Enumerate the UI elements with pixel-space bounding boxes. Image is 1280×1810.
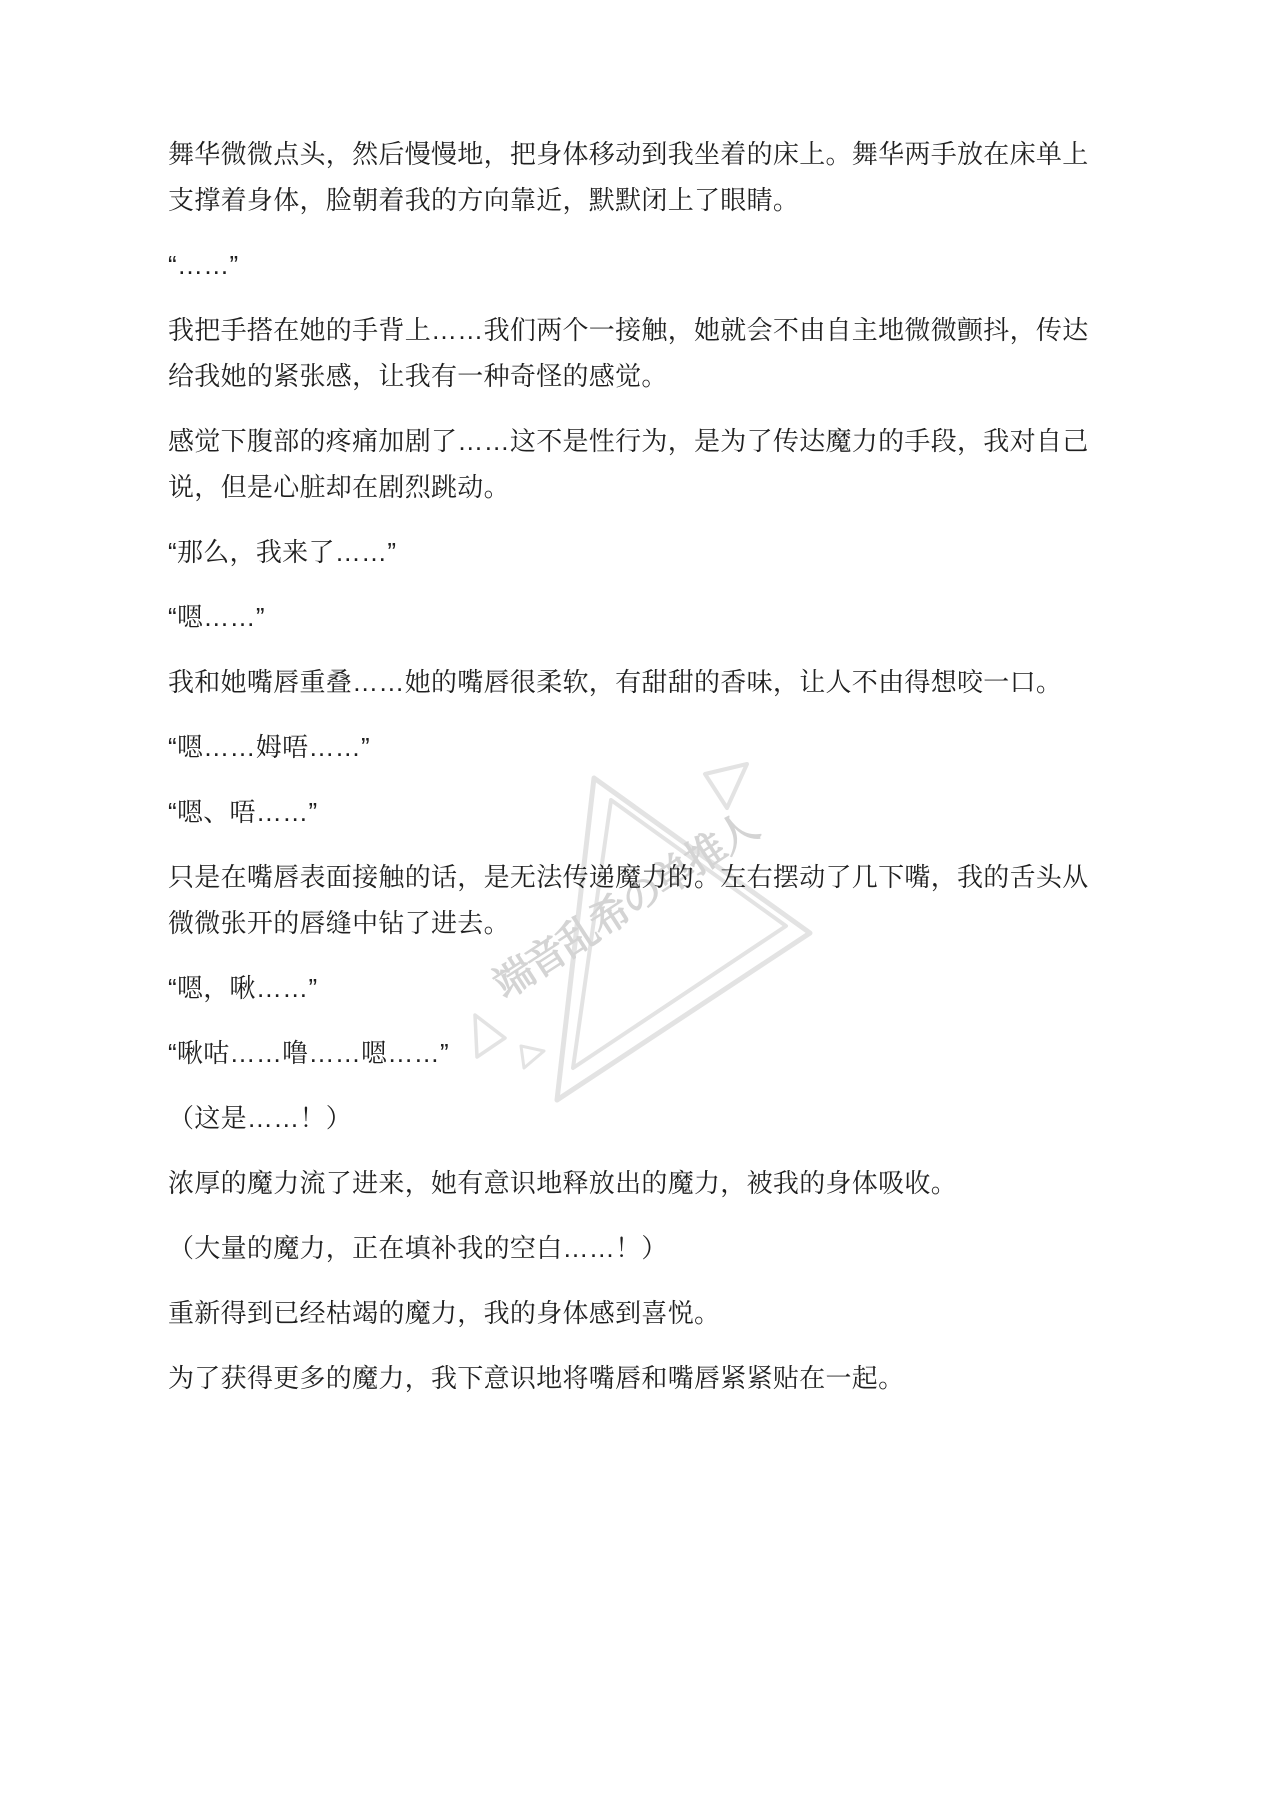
text-line: 微微张开的唇缝中钻了进去。 (168, 900, 1103, 946)
text-line: （大量的魔力，正在填补我的空白……！） (168, 1225, 1103, 1271)
text-line: “啾咕……噜……嗯……” (168, 1030, 1103, 1076)
paragraph-dialogue: “啾咕……噜……嗯……” (168, 1030, 1103, 1076)
paragraph-narration: 浓厚的魔力流了进来，她有意识地释放出的魔力，被我的身体吸收。 (168, 1160, 1103, 1206)
paragraph-narration: 舞华微微点头，然后慢慢地，把身体移动到我坐着的床上。舞华两手放在床单上支撑着身体… (168, 131, 1103, 223)
novel-text-page: 端音乱希の单推人 舞华微微点头，然后慢慢地，把身体移动到我坐着的床上。舞华两手放… (0, 0, 1280, 1810)
text-line: 我把手搭在她的手背上……我们两个一接触，她就会不由自主地微微颤抖，传达 (168, 307, 1103, 353)
paragraph-dialogue: “嗯……” (168, 594, 1103, 640)
paragraph-dialogue: “那么，我来了……” (168, 529, 1103, 575)
text-line: 感觉下腹部的疼痛加剧了……这不是性行为，是为了传达魔力的手段，我对自己 (168, 418, 1103, 464)
paragraph-dialogue: “嗯，啾……” (168, 965, 1103, 1011)
text-line: “嗯，啾……” (168, 965, 1103, 1011)
text-line: 我和她嘴唇重叠……她的嘴唇很柔软，有甜甜的香味，让人不由得想咬一口。 (168, 659, 1103, 705)
document-body: 舞华微微点头，然后慢慢地，把身体移动到我坐着的床上。舞华两手放在床单上支撑着身体… (168, 131, 1103, 1420)
text-line: 重新得到已经枯竭的魔力，我的身体感到喜悦。 (168, 1290, 1103, 1336)
text-line: （这是……！） (168, 1095, 1103, 1141)
paragraph-narration: 为了获得更多的魔力，我下意识地将嘴唇和嘴唇紧紧贴在一起。 (168, 1355, 1103, 1401)
paragraph-narration: 重新得到已经枯竭的魔力，我的身体感到喜悦。 (168, 1290, 1103, 1336)
text-line: 浓厚的魔力流了进来，她有意识地释放出的魔力，被我的身体吸收。 (168, 1160, 1103, 1206)
text-line: “嗯……姆唔……” (168, 724, 1103, 770)
text-line: 给我她的紧张感，让我有一种奇怪的感觉。 (168, 353, 1103, 399)
paragraph-narration: 感觉下腹部的疼痛加剧了……这不是性行为，是为了传达魔力的手段，我对自己说，但是心… (168, 418, 1103, 510)
paragraph-thought: （大量的魔力，正在填补我的空白……！） (168, 1225, 1103, 1271)
text-line: 说，但是心脏却在剧烈跳动。 (168, 464, 1103, 510)
paragraph-thought: （这是……！） (168, 1095, 1103, 1141)
paragraph-narration: 我和她嘴唇重叠……她的嘴唇很柔软，有甜甜的香味，让人不由得想咬一口。 (168, 659, 1103, 705)
paragraph-dialogue: “嗯……姆唔……” (168, 724, 1103, 770)
text-line: 舞华微微点头，然后慢慢地，把身体移动到我坐着的床上。舞华两手放在床单上 (168, 131, 1103, 177)
text-line: 为了获得更多的魔力，我下意识地将嘴唇和嘴唇紧紧贴在一起。 (168, 1355, 1103, 1401)
paragraph-narration: 只是在嘴唇表面接触的话，是无法传递魔力的。左右摆动了几下嘴，我的舌头从微微张开的… (168, 854, 1103, 946)
paragraph-dialogue: “……” (168, 242, 1103, 288)
text-line: 支撑着身体，脸朝着我的方向靠近，默默闭上了眼睛。 (168, 177, 1103, 223)
text-line: “……” (168, 242, 1103, 288)
paragraph-dialogue: “嗯、唔……” (168, 789, 1103, 835)
paragraph-narration: 我把手搭在她的手背上……我们两个一接触，她就会不由自主地微微颤抖，传达给我她的紧… (168, 307, 1103, 399)
text-line: “嗯、唔……” (168, 789, 1103, 835)
text-line: “那么，我来了……” (168, 529, 1103, 575)
text-line: 只是在嘴唇表面接触的话，是无法传递魔力的。左右摆动了几下嘴，我的舌头从 (168, 854, 1103, 900)
text-line: “嗯……” (168, 594, 1103, 640)
